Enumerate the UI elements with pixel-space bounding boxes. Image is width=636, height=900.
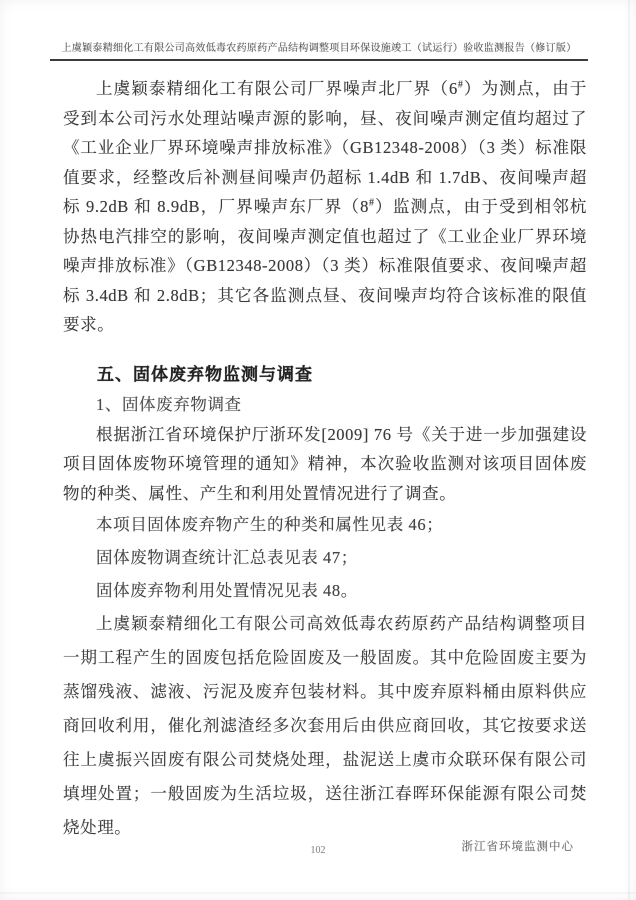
footer-organization: 浙江省环境监测中心	[462, 838, 575, 854]
paragraph-noise-text-1: 上虞颖泰精细化工有限公司厂界噪声北厂界（6	[96, 79, 458, 98]
running-header-title: 上虞颖泰精细化工有限公司高效低毒农药原药产品结构调整项目环保设施竣工（试运行）验…	[50, 39, 588, 54]
document-body: 上虞颖泰精细化工有限公司厂界噪声北厂界（6#）为测点，由于受到本公司污水处理站噪…	[63, 74, 587, 845]
table-reference-47: 固体废物调查统计汇总表见表 47；	[63, 541, 587, 574]
sub-heading-solid-waste-survey: 1、固体废弃物调查	[63, 390, 587, 420]
paragraph-noise-text-2: ）为测点，由于受到本公司污水处理站噪声源的影响，昼、夜间噪声测定值均超过了《工业…	[63, 79, 587, 216]
table-reference-46: 本项目固体废弃物产生的种类和属性见表 46；	[63, 508, 587, 541]
scan-artifact-right-edge	[628, 0, 630, 900]
page-header: 上虞颖泰精细化工有限公司高效低毒农药原药产品结构调整项目环保设施竣工（试运行）验…	[50, 0, 588, 61]
table-reference-48: 固体废弃物利用处置情况见表 48。	[63, 574, 587, 607]
paragraph-waste-disposal: 上虞颖泰精细化工有限公司高效低毒农药原药产品结构调整项目一期工程产生的固废包括危…	[63, 607, 587, 845]
section-heading-solid-waste: 五、固体废弃物监测与调查	[63, 360, 587, 390]
paragraph-noise-results: 上虞颖泰精细化工有限公司厂界噪声北厂界（6#）为测点，由于受到本公司污水处理站噪…	[63, 74, 587, 340]
scanned-document-page: 上虞颖泰精细化工有限公司高效低毒农药原药产品结构调整项目环保设施竣工（试运行）验…	[0, 0, 636, 900]
scan-artifact-bottom-edge	[0, 892, 636, 894]
paragraph-noise-text-3: ）监测点，由于受到相邻杭协热电汽排空的影响，夜间噪声测定值也超过了《工业企业厂界…	[63, 197, 587, 334]
paragraph-survey-basis: 根据浙江省环境保护厅浙环发[2009] 76 号《关于进一步加强建设项目固体废物…	[63, 420, 587, 509]
